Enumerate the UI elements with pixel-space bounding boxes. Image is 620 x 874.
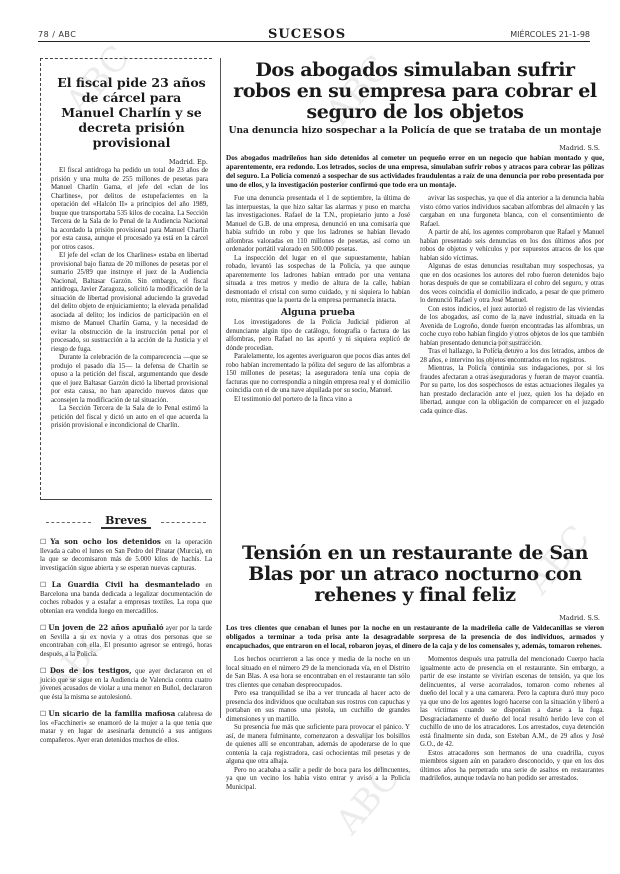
paragraph: Fue una denuncia presentada el 1 de sept… bbox=[226, 195, 410, 255]
paragraph: La inspección del lugar en el que supues… bbox=[226, 255, 410, 306]
paragraph: El testimonio del portero de la finca vi… bbox=[226, 396, 410, 405]
paragraph: Mientras, la Policía continúa sus indaga… bbox=[420, 365, 604, 416]
checkbox-icon: ☐ bbox=[40, 625, 46, 632]
paragraph: La Sección Tercera de la Sala de lo Pena… bbox=[51, 405, 208, 431]
brief-item: ☐ Dos de los testigos, que ayer declarar… bbox=[40, 667, 212, 702]
checkbox-icon: ☐ bbox=[40, 711, 46, 718]
paragraph: Los investigadores de la Policía Judicia… bbox=[226, 319, 410, 353]
brief-item: ☐ Un sicario de la familia mafiosa calab… bbox=[40, 710, 212, 745]
paragraph: avivar las sospechas, ya que el día ante… bbox=[420, 195, 604, 229]
story1-deck: Una denuncia hizo sospechar a la Policía… bbox=[226, 126, 604, 136]
paragraph: Su presencia fue más que suficiente para… bbox=[226, 724, 410, 767]
breves-title: Breves bbox=[101, 514, 151, 529]
brief-item: ☐ Ya son ocho los detenidos en la operac… bbox=[40, 538, 212, 573]
story1-lead: Dos abogados madrileños han sido detenid… bbox=[226, 154, 604, 190]
paragraph: Momentos después una patrulla del mencio… bbox=[420, 656, 604, 750]
brief-item: ☐ La Guardia Civil ha desmantelado en Ba… bbox=[40, 581, 212, 616]
story1-col1: Fue una denuncia presentada el 1 de sept… bbox=[226, 195, 410, 416]
section-title: SUCESOS bbox=[268, 27, 346, 42]
breves-list: ☐ Ya son ocho los detenidos en la operac… bbox=[40, 538, 212, 753]
sidebar-body: El fiscal antidroga ha pedido un total d… bbox=[41, 166, 212, 431]
sidebar-story: El fiscal pide 23 años de cárcel para Ma… bbox=[40, 58, 212, 500]
story2-col2: Momentos después una patrulla del mencio… bbox=[420, 656, 604, 792]
breves-heading: Breves bbox=[40, 514, 212, 527]
story1-col2: avivar las sospechas, ya que el día ante… bbox=[420, 195, 604, 416]
paragraph: A partir de ahí, los agentes comprobaron… bbox=[420, 229, 604, 263]
paragraph: Pero no acababa a salir a pedir de boca … bbox=[226, 767, 410, 793]
checkbox-icon: ☐ bbox=[40, 668, 46, 675]
sidebar-dateline: Madrid. Ep. bbox=[41, 158, 212, 166]
paragraph: El jefe del «clan de los Charlines» esta… bbox=[51, 252, 208, 354]
page-header: 78 / ABC SUCESOS MIÉRCOLES 21-1-98 bbox=[38, 28, 590, 42]
story-lawyers: Dos abogados simulaban sufrir robos en s… bbox=[226, 60, 604, 416]
story2-col1: Los hechos ocurrieron a las once y media… bbox=[226, 656, 410, 792]
paragraph: Con estos indicios, el juez autorizó el … bbox=[420, 306, 604, 349]
paragraph: El fiscal antidroga ha pedido un total d… bbox=[51, 167, 208, 252]
story1-subhead: Alguna prueba bbox=[226, 309, 410, 318]
checkbox-icon: ☐ bbox=[40, 582, 46, 589]
story2-lead: Los tres clientes que cenaban el lunes p… bbox=[226, 624, 604, 651]
story1-dateline: Madrid. S.S. bbox=[226, 144, 604, 152]
paragraph: Tras el hallazgo, la Policía detuvo a lo… bbox=[420, 348, 604, 365]
paragraph: Los hechos ocurrieron a las once y media… bbox=[226, 656, 410, 690]
checkbox-icon: ☐ bbox=[40, 539, 46, 546]
story-restaurant: Tensión en un restaurante de San Blas po… bbox=[226, 543, 604, 792]
paragraph: Algunas de estas denuncias resultaban mu… bbox=[420, 263, 604, 306]
paragraph: Pero esa tranquilidad se iba a ver trunc… bbox=[226, 690, 410, 724]
story2-columns: Los hechos ocurrieron a las once y media… bbox=[226, 656, 604, 792]
sidebar-headline: El fiscal pide 23 años de cárcel para Ma… bbox=[41, 59, 212, 150]
story1-columns: Fue una denuncia presentada el 1 de sept… bbox=[226, 195, 604, 416]
paragraph: Estos atracadores son hermanos de una cu… bbox=[420, 750, 604, 784]
story1-headline: Dos abogados simulaban sufrir robos en s… bbox=[226, 60, 604, 123]
brief-item: ☐ Un joven de 22 años apuñaló ayer por l… bbox=[40, 624, 212, 659]
story2-dateline: Madrid. S.S. bbox=[226, 614, 604, 622]
paragraph: Durante la celebración de la comparecenc… bbox=[51, 354, 208, 405]
story2-headline: Tensión en un restaurante de San Blas po… bbox=[226, 543, 604, 606]
issue-date: MIÉRCOLES 21-1-98 bbox=[510, 30, 590, 39]
column-divider bbox=[220, 58, 221, 718]
paragraph: Paralelamente, los agentes averiguaron q… bbox=[226, 353, 410, 396]
page-folio: 78 / ABC bbox=[38, 30, 76, 39]
